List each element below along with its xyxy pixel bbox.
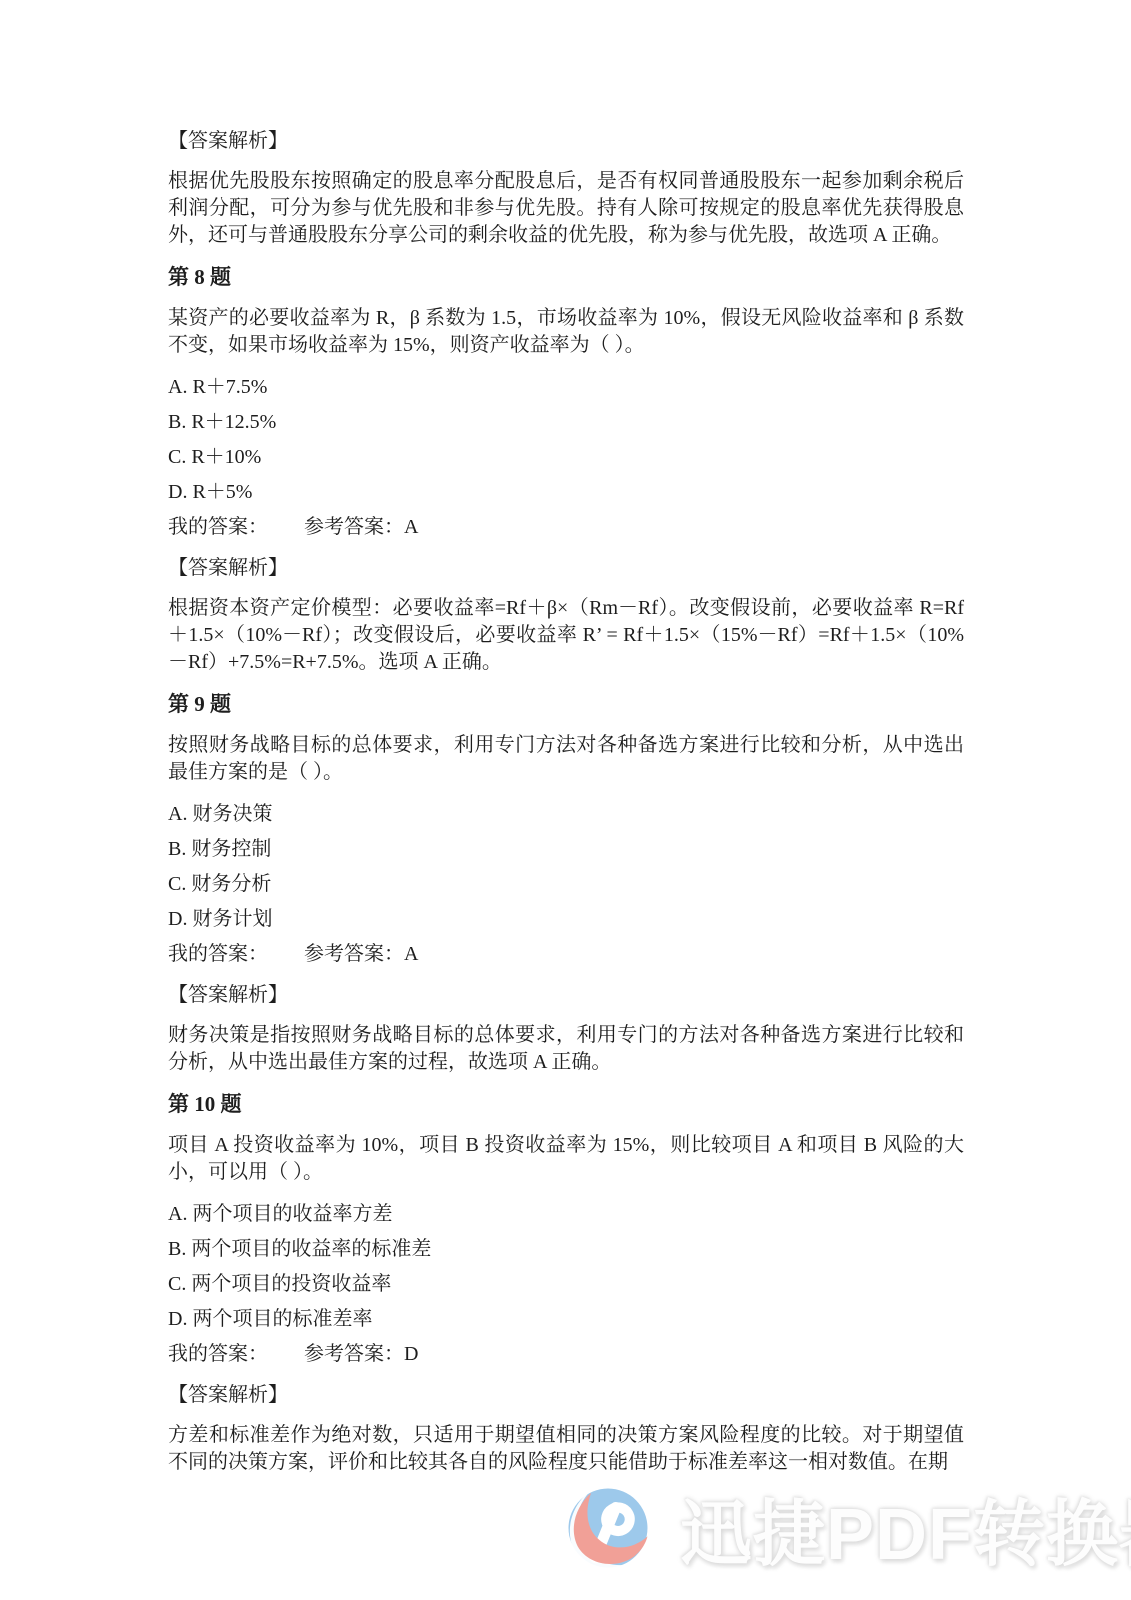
option-d: D. R＋5%	[168, 479, 964, 505]
option-d: D. 财务计划	[168, 906, 964, 932]
option-b: B. R＋12.5%	[168, 409, 964, 435]
page-content: 【答案解析】 根据优先股股东按照确定的股息率分配股息后，是否有权同普通股股东一起…	[168, 128, 964, 1491]
answer-line: 我的答案：参考答案：A	[168, 514, 964, 540]
option-c: C. 财务分析	[168, 871, 964, 897]
question-title: 第 8 题	[168, 264, 964, 290]
question-stem: 某资产的必要收益率为 R，β 系数为 1.5，市场收益率为 10%，假设无风险收…	[168, 305, 964, 359]
answer-line: 我的答案：参考答案：D	[168, 1341, 964, 1367]
reference-answer: 参考答案：D	[304, 1343, 418, 1365]
question-title: 第 10 题	[168, 1091, 964, 1117]
pdf-converter-logo-icon	[566, 1486, 650, 1570]
option-c: C. 两个项目的投资收益率	[168, 1271, 964, 1297]
carryover-analysis-block: 【答案解析】 根据优先股股东按照确定的股息率分配股息后，是否有权同普通股股东一起…	[168, 128, 964, 249]
question-stem: 项目 A 投资收益率为 10%，项目 B 投资收益率为 15%，则比较项目 A …	[168, 1132, 964, 1186]
option-a: A. R＋7.5%	[168, 374, 964, 400]
watermark-text: 迅捷PDF转换器	[680, 1476, 1131, 1580]
option-a: A. 两个项目的收益率方差	[168, 1201, 964, 1227]
question-stem: 按照财务战略目标的总体要求，利用专门方法对各种备选方案进行比较和分析，从中选出最…	[168, 732, 964, 786]
question-title: 第 9 题	[168, 691, 964, 717]
reference-answer: 参考答案：A	[304, 943, 418, 965]
question-10-block: 第 10 题 项目 A 投资收益率为 10%，项目 B 投资收益率为 15%，则…	[168, 1091, 964, 1476]
analysis-label: 【答案解析】	[168, 1382, 964, 1408]
answer-line: 我的答案：参考答案：A	[168, 941, 964, 967]
pdf-converter-watermark: 迅捷PDF转换器	[566, 1476, 1131, 1580]
my-answer-label: 我的答案：	[168, 516, 268, 538]
option-a: A. 财务决策	[168, 801, 964, 827]
analysis-text: 根据资本资产定价模型：必要收益率=Rf＋β×（Rm－Rf）。改变假设前，必要收益…	[168, 595, 964, 676]
option-b: B. 财务控制	[168, 836, 964, 862]
document-page: 【答案解析】 根据优先股股东按照确定的股息率分配股息后，是否有权同普通股股东一起…	[0, 0, 1131, 1600]
question-8-block: 第 8 题 某资产的必要收益率为 R，β 系数为 1.5，市场收益率为 10%，…	[168, 264, 964, 676]
option-c: C. R＋10%	[168, 444, 964, 470]
question-9-block: 第 9 题 按照财务战略目标的总体要求，利用专门方法对各种备选方案进行比较和分析…	[168, 691, 964, 1076]
my-answer-label: 我的答案：	[168, 1343, 268, 1365]
my-answer-label: 我的答案：	[168, 943, 268, 965]
analysis-label: 【答案解析】	[168, 128, 964, 154]
analysis-text: 根据优先股股东按照确定的股息率分配股息后，是否有权同普通股股东一起参加剩余税后利…	[168, 168, 964, 249]
option-b: B. 两个项目的收益率的标准差	[168, 1236, 964, 1262]
analysis-text: 财务决策是指按照财务战略目标的总体要求，利用专门的方法对各种备选方案进行比较和分…	[168, 1022, 964, 1076]
analysis-label: 【答案解析】	[168, 982, 964, 1008]
analysis-text: 方差和标准差作为绝对数，只适用于期望值相同的决策方案风险程度的比较。对于期望值不…	[168, 1422, 964, 1476]
option-d: D. 两个项目的标准差率	[168, 1306, 964, 1332]
analysis-label: 【答案解析】	[168, 555, 964, 581]
reference-answer: 参考答案：A	[304, 516, 418, 538]
